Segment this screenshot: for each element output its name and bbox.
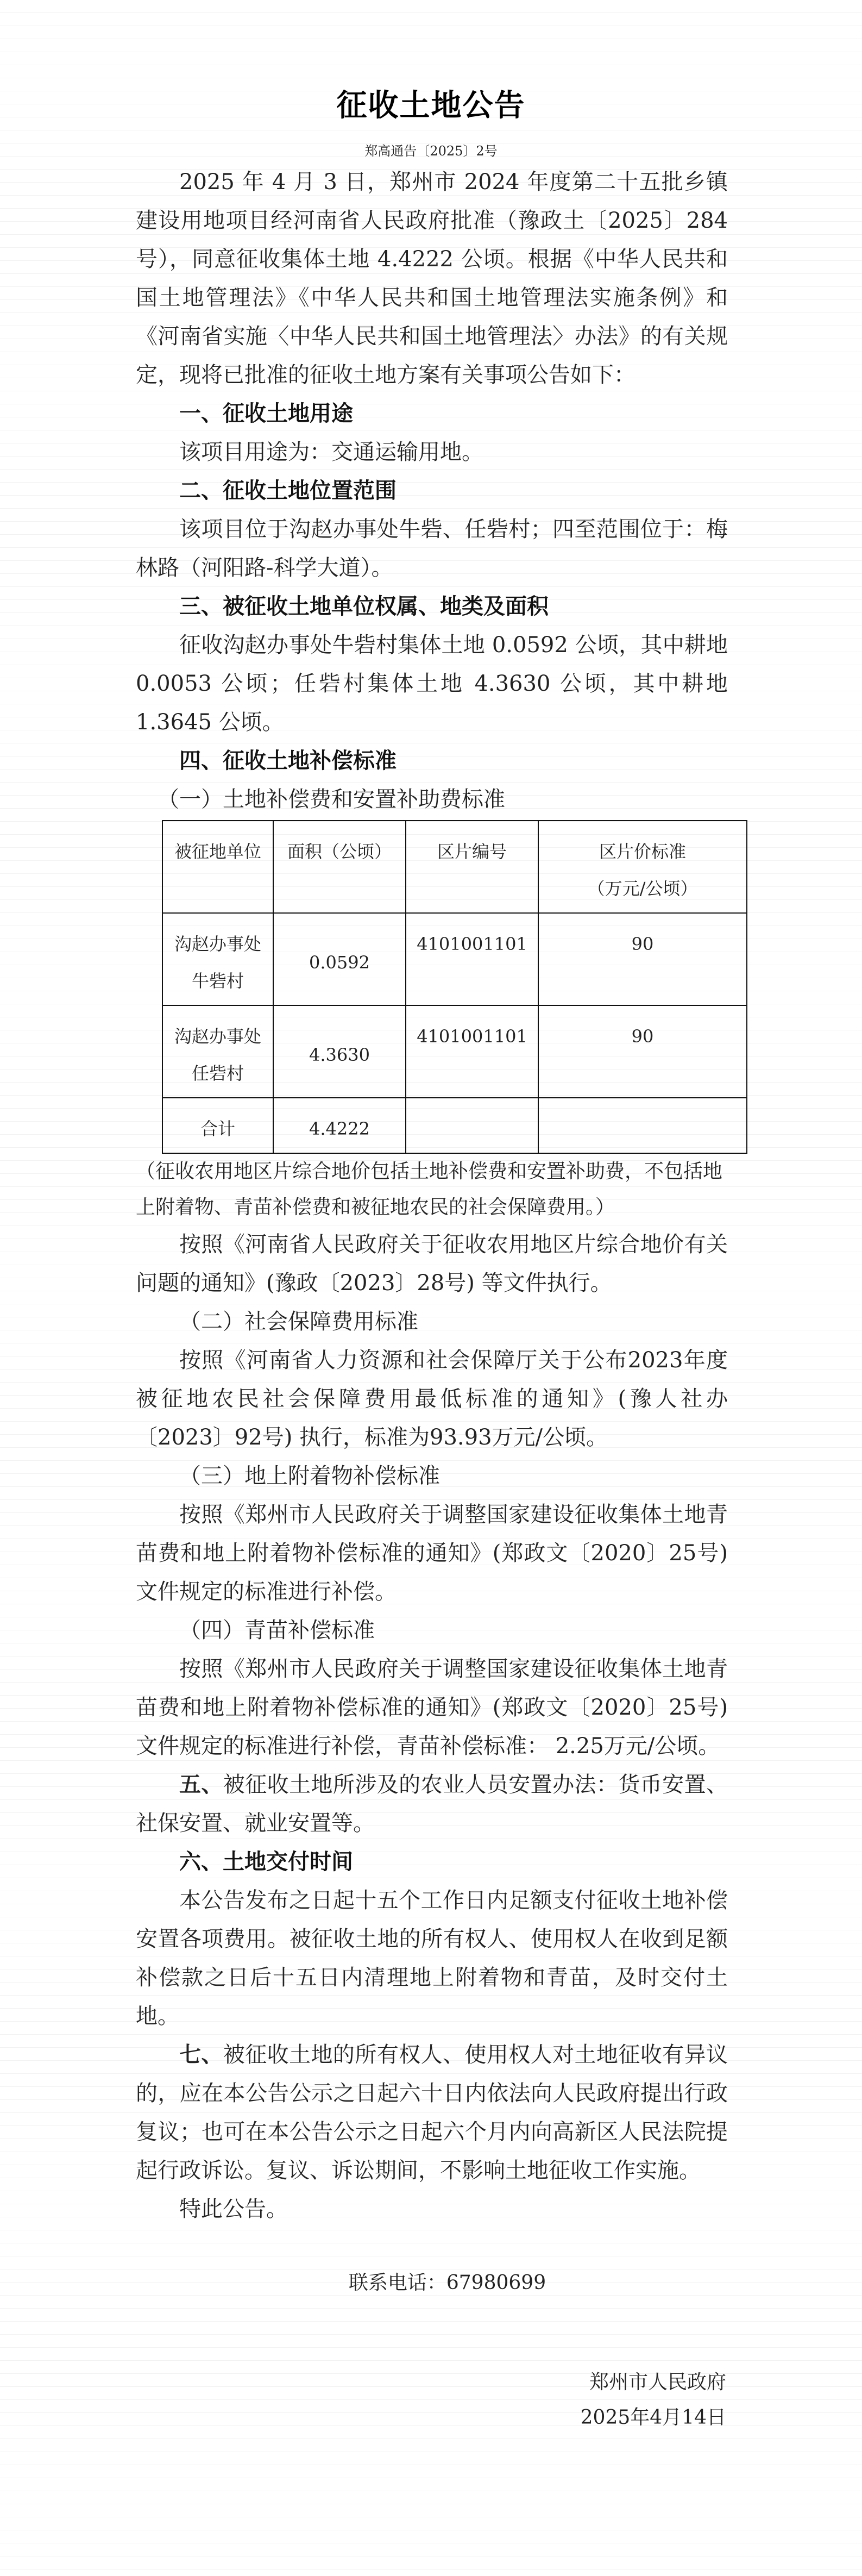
section-4-2-text: 按照《河南省人力资源和社会保障厅关于公布2023年度被征地农民社会保障费用最低标… (136, 1341, 728, 1457)
issue-date: 2025年4月14日 (581, 2402, 726, 2430)
issuer-signature: 郑州市人民政府 (589, 2367, 726, 2394)
section-4-2-heading: （二）社会保障费用标准 (136, 1303, 728, 1341)
page-title: 征收土地公告 (0, 82, 862, 125)
intro-paragraph: 2025 年 4 月 3 日，郑州市 2024 年度第二十五批乡镇建设用地项目经… (136, 163, 728, 395)
notice-body: 2025 年 4 月 3 日，郑州市 2024 年度第二十五批乡镇建设用地项目经… (136, 163, 728, 2229)
zone-code-cell: 4101001101 (406, 1005, 538, 1098)
section-4-4-text: 按照《郑州市人民政府关于调整国家建设征收集体土地青苗费和地上附着物补偿标准的通知… (136, 1650, 728, 1766)
table-header-cell: 区片编号 (406, 821, 538, 913)
section-2-text: 该项目位于沟赵办事处牛砦、任砦村；四至范围位于：梅林路（河阳路-科学大道）。 (136, 510, 728, 587)
section-1-heading: 一、征收土地用途 (136, 395, 728, 433)
price-cell: 90 (538, 1005, 747, 1098)
closing-text: 特此公告。 (136, 2190, 728, 2229)
section-6-text: 本公告发布之日起十五个工作日内足额支付征收土地补偿安置各项费用。被征收土地的所有… (136, 1881, 728, 2036)
section-4-4-heading: （四）青苗补偿标准 (136, 1611, 728, 1650)
section-5-label: 五、 (179, 1772, 223, 1797)
section-5-text: 被征收土地所涉及的农业人员安置办法：货币安置、社保安置、就业安置等。 (136, 1772, 728, 1836)
unit-name-line1: 沟赵办事处 (166, 1018, 269, 1055)
contact-phone: 联系电话：67980699 (0, 2267, 862, 2295)
table-header-cell: 被征地单位 (162, 821, 273, 913)
notice-page: 征收土地公告 郑高通告〔2025〕2号 2025 年 4 月 3 日，郑州市 2… (0, 0, 862, 2576)
total-zone-cell (406, 1098, 538, 1153)
section-7: 七、被征收土地的所有权人、使用权人对土地征收有异议的，应在本公告公示之日起六十日… (136, 2036, 728, 2190)
area-cell: 4.3630 (273, 1005, 406, 1098)
table-row: 沟赵办事处 牛砦村 0.0592 4101001101 90 (162, 913, 747, 1005)
section-6-heading: 六、土地交付时间 (136, 1843, 728, 1881)
section-3-text: 征收沟赵办事处牛砦村集体土地 0.0592 公顷，其中耕地 0.0053 公顷；… (136, 626, 728, 742)
zone-code-cell: 4101001101 (406, 913, 538, 1005)
unit-cell: 沟赵办事处 任砦村 (162, 1005, 273, 1098)
unit-name-line2: 任砦村 (166, 1055, 269, 1092)
section-4-heading: 四、征收土地补偿标准 (136, 742, 728, 780)
table-row: 沟赵办事处 任砦村 4.3630 4101001101 90 (162, 1005, 747, 1098)
total-label-cell: 合计 (162, 1098, 273, 1153)
section-1-text: 该项目用途为：交通运输用地。 (136, 433, 728, 472)
total-area-cell: 4.4222 (273, 1098, 406, 1153)
unit-cell: 沟赵办事处 牛砦村 (162, 913, 273, 1005)
section-4-3-heading: （三）地上附着物补偿标准 (136, 1457, 728, 1496)
section-7-text: 被征收土地的所有权人、使用权人对土地征收有异议的，应在本公告公示之日起六十日内依… (136, 2042, 728, 2183)
section-7-label: 七、 (179, 2042, 223, 2067)
table-total-row: 合计 4.4222 (162, 1098, 747, 1153)
unit-name-line2: 牛砦村 (166, 962, 269, 999)
price-header-line1: 区片价标准 (542, 833, 743, 870)
table-header-row: 被征地单位 面积（公顷） 区片编号 区片价标准 （万元/公顷） (162, 821, 747, 913)
table-note: （征收农用地区片综合地价包括土地补偿费和安置补助费，不包括地上附着物、青苗补偿费… (136, 1154, 728, 1226)
section-2-heading: 二、征收土地位置范围 (136, 472, 728, 510)
section-4-1-text: 按照《河南省人民政府关于征收农用地区片综合地价有关问题的通知》(豫政〔2023〕… (136, 1226, 728, 1303)
compensation-table: 被征地单位 面积（公顷） 区片编号 区片价标准 （万元/公顷） 沟赵办事处 牛砦… (162, 820, 747, 1154)
document-number: 郑高通告〔2025〕2号 (0, 140, 862, 159)
section-3-heading: 三、被征收土地单位权属、地类及面积 (136, 587, 728, 626)
unit-name-line1: 沟赵办事处 (166, 926, 269, 962)
price-cell: 90 (538, 913, 747, 1005)
section-5: 五、被征收土地所涉及的农业人员安置办法：货币安置、社保安置、就业安置等。 (136, 1766, 728, 1843)
area-cell: 0.0592 (273, 913, 406, 1005)
table-header-cell: 面积（公顷） (273, 821, 406, 913)
section-4-3-text: 按照《郑州市人民政府关于调整国家建设征收集体土地青苗费和地上附着物补偿标准的通知… (136, 1496, 728, 1611)
table-header-cell: 区片价标准 （万元/公顷） (538, 821, 747, 913)
price-header-line2: （万元/公顷） (542, 870, 743, 907)
section-4-1-heading: （一）土地补偿费和安置补助费标准 (136, 780, 728, 819)
total-price-cell (538, 1098, 747, 1153)
